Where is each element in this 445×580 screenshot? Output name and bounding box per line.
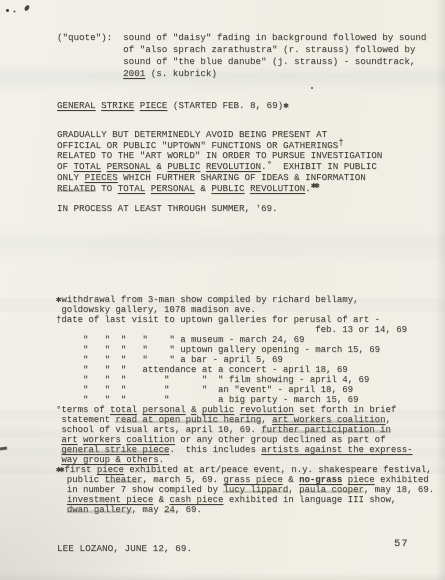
text-segment: piece <box>97 465 124 475</box>
text-segment: way group & others <box>61 455 158 465</box>
text-segment: coalition <box>126 435 175 445</box>
process-line: IN PROCESS AT LEAST THROUGH SUMMER, '69. <box>57 203 278 215</box>
text-segment: TO <box>96 183 118 194</box>
text-segment: artists against the express- <box>261 445 412 455</box>
text-segment: REVOLUTION <box>250 183 305 194</box>
text-segment: cash piece <box>169 495 223 505</box>
text-line: in number 7 show compiled by lucy lippar… <box>56 485 434 495</box>
text-line: ✱✱first piece exhibited at art/peace eve… <box>56 465 434 475</box>
text-segment: grass piece <box>223 475 282 485</box>
text-segment: investment piece <box>67 495 153 505</box>
text-segment: general strike piece <box>61 445 169 455</box>
text-line: ✱withdrawal from 3-man show compiled by … <box>56 295 434 305</box>
text-segment: lucy lippard <box>223 485 288 495</box>
text-segment: ✱✱ <box>56 465 62 475</box>
text-line: ("quote"): sound of "daisy" fading in ba… <box>57 32 426 44</box>
title-line: GENERAL STRIKE PIECE (STARTED FEB. 8, 69… <box>57 100 289 112</box>
text-segment: ✱✱ <box>311 180 318 191</box>
text-segment: revolution <box>240 405 294 415</box>
text-line: †date of last visit to uptown galleries … <box>56 315 434 325</box>
footnotes-block: ✱withdrawal from 3-man show compiled by … <box>56 295 434 515</box>
text-line: feb. 13 or 14, 69 <box>56 325 434 335</box>
text-segment: workers <box>83 435 121 445</box>
text-segment: paula cooper <box>299 485 364 495</box>
text-segment: & <box>153 495 169 505</box>
text-line: school of visual arts, april 10, 69. fur… <box>56 425 434 435</box>
page-number: 57 <box>394 538 409 550</box>
text-segment: public <box>56 475 105 485</box>
text-segment: dwan gallery <box>67 505 132 515</box>
text-segment: no-grass <box>299 475 342 485</box>
text-segment: " " " " " uptown gallery opening - march… <box>56 345 380 355</box>
scan-streak <box>0 228 445 264</box>
text-line: way group & others. <box>56 455 434 465</box>
text-segment: , march 5, 69. <box>142 475 223 485</box>
text-line: of "also sprach zarathustra" (r. strauss… <box>57 44 426 56</box>
text-segment: 2001 <box>123 68 145 79</box>
text-line: " " " " " a museum - march 24, 69 <box>56 335 434 345</box>
document-page: ("quote"): sound of "daisy" fading in ba… <box>0 0 445 580</box>
text-line: dwan gallery, may 24, 69. <box>56 505 434 515</box>
text-segment: GRADUALLY BUT DETERMINEDLY AVOID BEING P… <box>57 129 327 140</box>
text-segment: PIECES <box>85 172 118 183</box>
text-line: statement read at open public hearing, a… <box>56 415 434 425</box>
text-segment: " " " " " an "event" - april 18, 69 <box>56 385 353 395</box>
text-segment: , <box>385 415 390 425</box>
text-segment: in number 7 show compiled by <box>56 485 223 495</box>
text-segment: (s. kubrick) <box>145 68 217 79</box>
text-segment: total <box>110 405 137 415</box>
text-line: GENERAL STRIKE PIECE (STARTED FEB. 8, 69… <box>57 100 289 112</box>
text-segment: " " " " a big party - march 15, 69 <box>56 395 358 405</box>
text-segment: public <box>202 405 234 415</box>
text-segment: PIECE <box>140 100 168 111</box>
text-segment: " " " " " a bar - april 5, 69 <box>56 355 283 365</box>
text-segment: & <box>283 475 299 485</box>
text-segment: & <box>195 183 212 194</box>
ink-speck <box>6 9 9 12</box>
text-line: sound of "the blue danube" (j. strauss) … <box>57 56 426 68</box>
text-segment: WHICH FURTHER SHARING OF IDEAS & INFORMA… <box>118 172 366 183</box>
text-segment: " " " " " " film showing - april 4, 69 <box>56 375 369 385</box>
text-segment: PERSONAL <box>107 161 151 172</box>
text-line: " " " attendance at a concert - april 18… <box>56 365 434 375</box>
page-edge-shadow <box>435 0 445 580</box>
text-segment: feb. 13 or 14, 69 <box>56 325 407 335</box>
text-line: public theater, march 5, 69. grass piece… <box>56 475 434 485</box>
text-segment: . <box>159 455 164 465</box>
text-line: " " " " a big party - march 15, 69 <box>56 395 434 405</box>
text-segment: " " " " " a museum - march 24, 69 <box>56 335 304 345</box>
text-segment: OFFICIAL OR PUBLIC "UPTOWN" FUNCTIONS OR… <box>57 140 338 151</box>
text-segment: set forth in brief <box>294 405 397 415</box>
ink-speck <box>0 447 7 450</box>
text-segment: ✱ <box>283 100 289 111</box>
text-line: IN PROCESS AT LEAST THROUGH SUMMER, '69. <box>57 203 278 215</box>
text-segment: 24 <box>164 505 175 515</box>
text-segment: PERSONAL <box>151 183 195 194</box>
text-segment: . <box>261 161 267 172</box>
text-segment: ("quote"): sound of "daisy" fading in ba… <box>57 32 426 43</box>
text-segment: personal <box>142 405 185 415</box>
text-segment: . this includes <box>169 445 261 455</box>
text-segment: first <box>64 465 96 475</box>
text-segment: & <box>151 161 168 172</box>
text-segment: † <box>338 137 344 148</box>
text-segment: theater <box>105 475 143 485</box>
text-line: 2001 (s. kubrick) <box>57 68 426 80</box>
text-line: investment piece & cash piece exhibited … <box>56 495 434 505</box>
text-segment: exhibited at art/peace event, n.y. shake… <box>124 465 432 475</box>
text-segment: (STARTED FEB. 8, 69) <box>167 100 283 111</box>
page-edge-shadow <box>0 572 445 580</box>
text-segment: GENERAL <box>57 100 96 111</box>
text-segment <box>56 495 67 505</box>
ink-speck <box>311 87 313 89</box>
text-segment: PUBLIC <box>211 183 244 194</box>
text-segment: exhibited in language III show, <box>223 495 396 505</box>
text-segment: . <box>305 183 311 194</box>
text-segment: , <box>288 485 299 495</box>
text-segment: school of visual arts, april 10, 69. <box>56 425 261 435</box>
text-line: general strike piece. this includes arti… <box>56 445 434 455</box>
text-segment: art <box>61 435 77 445</box>
text-segment: STRIKE <box>101 100 134 111</box>
text-line: goldowsky gallery, 1078 madison ave. <box>56 305 434 315</box>
text-segment: REVOLUTION <box>206 161 261 172</box>
signature: LEE LOZANO, JUNE 12, 69. <box>57 543 192 554</box>
text-segment: read at open public hearing <box>115 415 261 425</box>
text-segment: " " " attendance at a concert - april 18… <box>56 365 348 375</box>
text-segment: statement <box>56 415 115 425</box>
text-line: art workers coalition or any other group… <box>56 435 434 445</box>
text-segment: †date of last visit to uptown galleries … <box>56 315 380 325</box>
text-segment: EXHIBIT IN PUBLIC <box>272 161 377 172</box>
text-segment: further participation in <box>261 425 391 435</box>
text-segment: goldowsky gallery, 1078 madison ave. <box>56 305 256 315</box>
text-line: " " " " " " film showing - april 4, 69 <box>56 375 434 385</box>
text-line: °terms of total personal & public revolu… <box>56 405 434 415</box>
text-segment: sound of "the blue danube" (j. strauss) … <box>57 56 415 67</box>
text-segment: °terms of <box>56 405 110 415</box>
statement-block: GRADUALLY BUT DETERMINEDLY AVOID BEING P… <box>57 130 382 194</box>
text-segment: piece <box>348 475 375 485</box>
ink-speck <box>24 4 31 11</box>
text-segment: of "also sprach zarathustra" (r. strauss… <box>57 44 415 55</box>
text-segment: , may <box>132 505 164 515</box>
text-segment: PUBLIC <box>167 161 200 172</box>
text-segment: TOTAL <box>74 161 102 172</box>
text-line: " " " " " an "event" - april 18, 69 <box>56 385 434 395</box>
text-segment: RELATED TO THE "ART WORLD" IN ORDER TO P… <box>57 150 382 161</box>
text-segment: OF <box>57 161 74 172</box>
text-segment: or any other group declined as part of <box>175 435 386 445</box>
text-segment: exhibited <box>375 475 429 485</box>
text-segment: , may 18, 69. <box>364 485 434 495</box>
text-segment: RELATED <box>57 183 96 194</box>
text-segment: IN PROCESS AT LEAST THROUGH SUMMER, '69. <box>57 203 278 214</box>
text-segment <box>56 505 67 515</box>
text-line: " " " " " a bar - april 5, 69 <box>56 355 434 365</box>
text-segment: , 69. <box>175 505 202 515</box>
text-line: " " " " " uptown gallery opening - march… <box>56 345 434 355</box>
text-segment: art workers coalition <box>272 415 385 425</box>
text-segment: ONLY <box>57 172 85 183</box>
text-line: RELATED TO TOTAL PERSONAL & PUBLIC REVOL… <box>57 184 382 195</box>
text-segment: ° <box>267 159 273 170</box>
quote-block: ("quote"): sound of "daisy" fading in ba… <box>57 32 426 80</box>
text-segment: ✱withdrawal from 3-man show compiled by … <box>56 295 358 305</box>
text-segment <box>57 68 123 79</box>
text-segment: TOTAL <box>118 183 146 194</box>
text-segment: , <box>261 415 272 425</box>
